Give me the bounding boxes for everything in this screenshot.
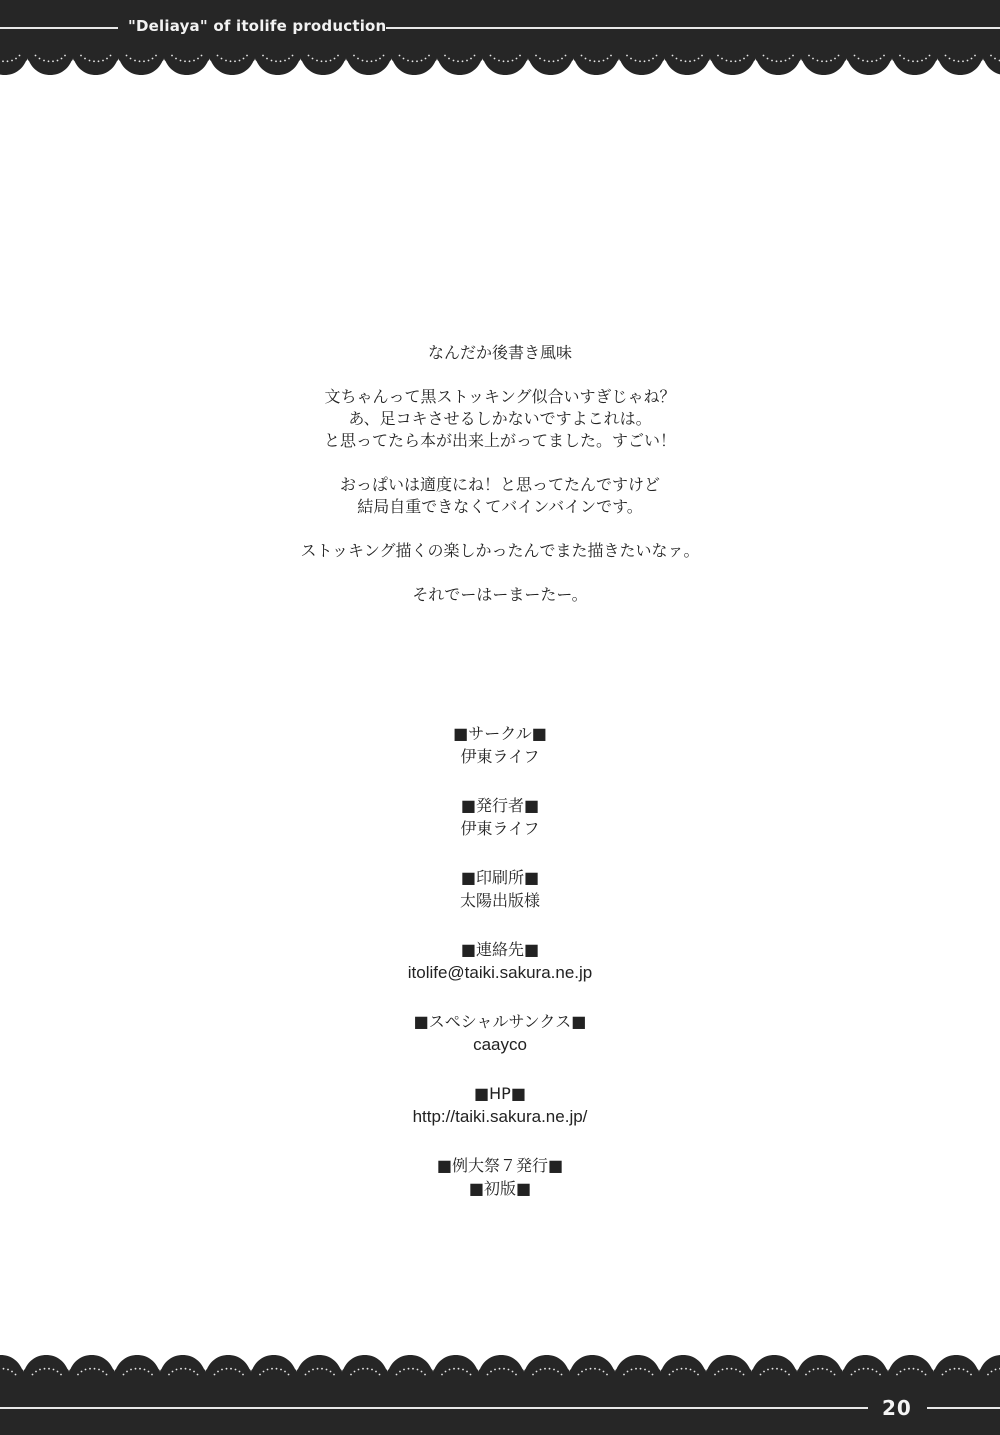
- colophon-value: 伊東ライフ: [0, 817, 1000, 840]
- colophon-heading: ■印刷所■: [0, 866, 1000, 889]
- colophon-publisher: ■発行者■ 伊東ライフ: [0, 794, 1000, 840]
- colophon-homepage: ■HP■ http://taiki.sakura.ne.jp/: [0, 1082, 1000, 1128]
- afterword-heading: なんだか後書き風味: [0, 342, 1000, 364]
- contact-email: itolife@taiki.sakura.ne.jp: [0, 961, 1000, 984]
- colophon-heading: ■連絡先■: [0, 938, 1000, 961]
- text-line: なんだか後書き風味: [0, 342, 1000, 364]
- colophon-value: 太陽出版様: [0, 889, 1000, 912]
- text-line: あ、足コキさせるしかないですよこれは。: [0, 408, 1000, 430]
- colophon-circle: ■サークル■ 伊東ライフ: [0, 722, 1000, 768]
- afterword-paragraph: おっぱいは適度にね！と思ってたんですけど 結局自重できなくてバインバインです。: [0, 474, 1000, 518]
- scalloped-lace-border-bottom: [0, 1352, 1000, 1435]
- colophon-heading: ■HP■: [0, 1082, 1000, 1105]
- scalloped-lace-border-top: [0, 0, 1000, 78]
- colophon-heading: ■例大祭７発行■: [0, 1154, 1000, 1177]
- colophon-heading: ■スペシャルサンクス■: [0, 1010, 1000, 1033]
- colophon-value: ■初版■: [0, 1177, 1000, 1200]
- page-number: 20: [882, 1396, 912, 1420]
- colophon-special-thanks: ■スペシャルサンクス■ caayco: [0, 1010, 1000, 1056]
- text-line: と思ってたら本が出来上がってました。すごい！: [0, 430, 1000, 452]
- header-title: "Deliaya" of itolife production: [128, 17, 386, 35]
- colophon-printer: ■印刷所■ 太陽出版様: [0, 866, 1000, 912]
- colophon-heading: ■サークル■: [0, 722, 1000, 745]
- footer-band: 20: [0, 1352, 1000, 1435]
- colophon-value: 伊東ライフ: [0, 745, 1000, 768]
- colophon-value: caayco: [0, 1033, 1000, 1056]
- header-band: "Deliaya" of itolife production: [0, 0, 1000, 78]
- text-line: それでーはーまーたー。: [0, 584, 1000, 606]
- text-line: 文ちゃんって黒ストッキング似合いすぎじゃね？: [0, 386, 1000, 408]
- colophon-contact: ■連絡先■ itolife@taiki.sakura.ne.jp: [0, 938, 1000, 984]
- afterword-paragraph: 文ちゃんって黒ストッキング似合いすぎじゃね？ あ、足コキさせるしかないですよこれ…: [0, 386, 1000, 452]
- text-line: 結局自重できなくてバインバインです。: [0, 496, 1000, 518]
- colophon: ■サークル■ 伊東ライフ ■発行者■ 伊東ライフ ■印刷所■ 太陽出版様 ■連絡…: [0, 722, 1000, 1226]
- afterword: なんだか後書き風味 文ちゃんって黒ストッキング似合いすぎじゃね？ あ、足コキさせ…: [0, 342, 1000, 628]
- text-line: おっぱいは適度にね！と思ってたんですけど: [0, 474, 1000, 496]
- colophon-heading: ■発行者■: [0, 794, 1000, 817]
- afterword-paragraph: ストッキング描くの楽しかったんでまた描きたいなァ。: [0, 540, 1000, 562]
- text-line: ストッキング描くの楽しかったんでまた描きたいなァ。: [0, 540, 1000, 562]
- afterword-closing: それでーはーまーたー。: [0, 584, 1000, 606]
- colophon-edition: ■例大祭７発行■ ■初版■: [0, 1154, 1000, 1200]
- homepage-url: http://taiki.sakura.ne.jp/: [0, 1105, 1000, 1128]
